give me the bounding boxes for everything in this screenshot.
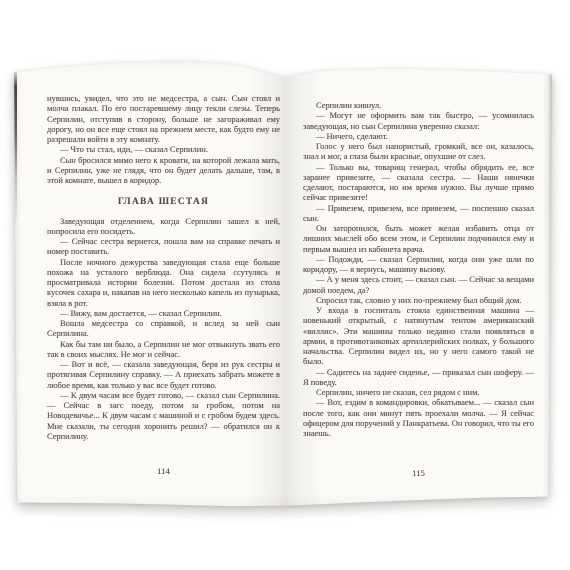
paragraph: — Вот и всё, — сказала заведующая, беря … <box>47 359 280 390</box>
open-book: нувшись, увидел, что это не медсестра, а… <box>13 57 552 507</box>
paragraph: Голос у него был напористый, громкий, вс… <box>303 141 534 162</box>
paragraph: — Что ты стал, иди, — сказал Серпилин. <box>47 144 280 154</box>
paragraph: Сын бросился мимо него к кровати, на кот… <box>47 155 280 186</box>
paragraph: Заведующая отделением, когда Серпилин за… <box>47 216 280 237</box>
page-left: нувшись, увидел, что это не медсестра, а… <box>47 93 280 493</box>
paragraph: — Привезем, привезем, все привезем, — по… <box>303 203 534 224</box>
paragraph: — Ничего, сделают. <box>303 131 534 141</box>
photo-background: нувшись, увидел, что это не медсестра, а… <box>0 0 570 570</box>
paragraph: — Могут не оформить вам так быстро, — ус… <box>303 110 534 131</box>
paragraph: После ночного дежурства заведующая стала… <box>47 257 280 308</box>
page-right-text: Серпилин кивнул.— Могут не оформить вам … <box>303 100 534 438</box>
page-left-text: нувшись, увидел, что это не медсестра, а… <box>47 93 280 441</box>
chapter-heading: ГЛАВА ШЕСТАЯ <box>47 197 280 207</box>
paragraph: нувшись, увидел, что это не медсестра, а… <box>47 93 280 144</box>
book-cover-edge <box>14 72 17 222</box>
book-shadow: нувшись, увидел, что это не медсестра, а… <box>13 57 552 507</box>
paragraph: — Подожди, — сказал Серпилин, когда они … <box>303 254 534 275</box>
paragraphs-after-heading: Заведующая отделением, когда Серпилин за… <box>47 216 280 442</box>
paragraph: — Вижу, вам достается, — сказал Серпилин… <box>47 308 280 318</box>
paragraph: — Только вы, товарищ генерал, чтобы обря… <box>303 162 534 203</box>
paragraphs: Серпилин кивнул.— Могут не оформить вам … <box>303 100 534 438</box>
paragraph: Как бы там ни было, а Серпилин не мог от… <box>47 339 280 360</box>
page-right: Серпилин кивнул.— Могут не оформить вам … <box>303 100 534 500</box>
paragraph: — А у меня здесь стоит, — сказал сын. — … <box>303 274 534 295</box>
paragraph: Вошла медсестра со справкой, и вслед за … <box>47 318 280 339</box>
paragraph: Серпилин кивнул. <box>303 100 534 110</box>
paragraphs-before-heading: нувшись, увидел, что это не медсестра, а… <box>47 93 280 185</box>
page-number-left: 114 <box>47 466 280 476</box>
paragraph: — Сейчас сестра вернется, пошла вам на с… <box>47 236 280 257</box>
paragraph: Он заторопился, быть может желая избавит… <box>303 223 534 254</box>
paragraph: Спросил так, словно у них по-прежнему бы… <box>303 295 534 305</box>
paragraph: Серпилин, ничего не сказав, сел рядом с … <box>303 387 534 397</box>
paragraph: — К двум часам все будет готово, — сказа… <box>47 390 280 441</box>
paragraph: — Вот, ездим в командировки, обкатываем.… <box>303 397 534 438</box>
page-number-right: 115 <box>303 468 534 478</box>
page-stack-edge <box>548 73 552 499</box>
paragraph: — Садитесь на заднее сиденье, — приказал… <box>303 367 534 388</box>
paragraph: У входа в госпиталь стояла единственная … <box>303 305 534 367</box>
